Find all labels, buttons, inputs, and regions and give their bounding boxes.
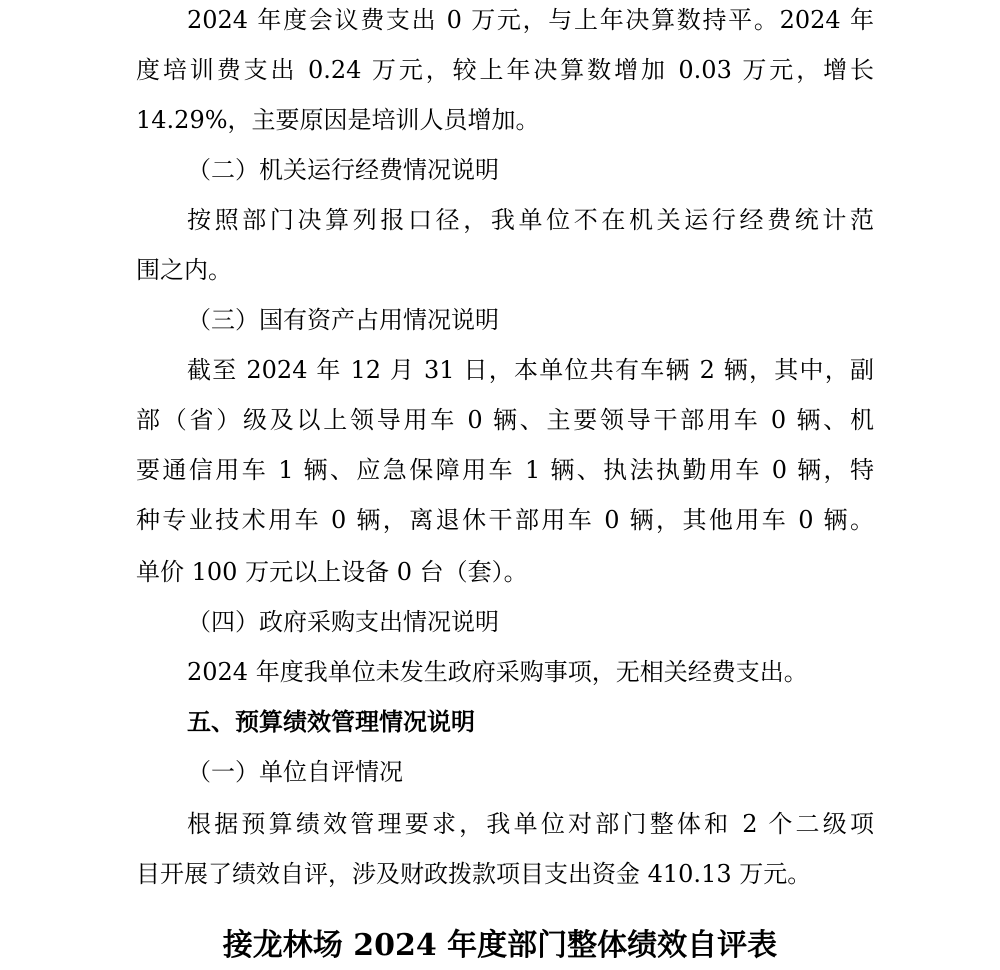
- paragraph-state-assets-line-2: 部（省）级及以上领导用车 0 辆、主要领导干部用车 0 辆、机: [136, 400, 874, 450]
- section-state-assets-heading: （三）国有资产占用情况说明: [136, 300, 499, 350]
- paragraph-meeting-training-line-2: 度培训费支出 0.24 万元，较上年决算数增加 0.03 万元，增长: [136, 50, 874, 100]
- paragraph-self-evaluation-line-2: 目开展了绩效自评，涉及财政拨款项目支出资金 410.13 万元。: [136, 854, 874, 904]
- paragraph-operating-expenses-line-2: 围之内。: [136, 250, 874, 300]
- section-self-evaluation-heading: （一）单位自评情况: [136, 752, 403, 802]
- paragraph-state-assets-line-4: 种专业技术用车 0 辆，离退休干部用车 0 辆，其他用车 0 辆。: [136, 500, 874, 550]
- paragraph-state-assets-line-1: 截至 2024 年 12 月 31 日，本单位共有车辆 2 辆，其中，副: [136, 350, 874, 400]
- section-operating-expenses-heading: （二）机关运行经费情况说明: [136, 150, 499, 200]
- paragraph-state-assets-line-3: 要通信用车 1 辆、应急保障用车 1 辆、执法执勤用车 0 辆，特: [136, 450, 874, 500]
- section-budget-performance-heading: 五、预算绩效管理情况说明: [136, 702, 475, 752]
- paragraph-state-assets-line-5: 单价 100 万元以上设备 0 台（套）。: [136, 552, 874, 602]
- paragraph-operating-expenses-line-1: 按照部门决算列报口径，我单位不在机关运行经费统计范: [136, 200, 874, 250]
- paragraph-meeting-training-line-3: 14.29%，主要原因是培训人员增加。: [136, 100, 874, 150]
- paragraph-procurement-line-1: 2024 年度我单位未发生政府采购事项，无相关经费支出。: [136, 652, 874, 702]
- paragraph-meeting-training-line-1: 2024 年度会议费支出 0 万元，与上年决算数持平。2024 年: [136, 0, 874, 50]
- table-title: 接龙林场 2024 年度部门整体绩效自评表: [0, 924, 1000, 968]
- section-procurement-heading: （四）政府采购支出情况说明: [136, 602, 499, 652]
- paragraph-self-evaluation-line-1: 根据预算绩效管理要求，我单位对部门整体和 2 个二级项: [136, 804, 874, 854]
